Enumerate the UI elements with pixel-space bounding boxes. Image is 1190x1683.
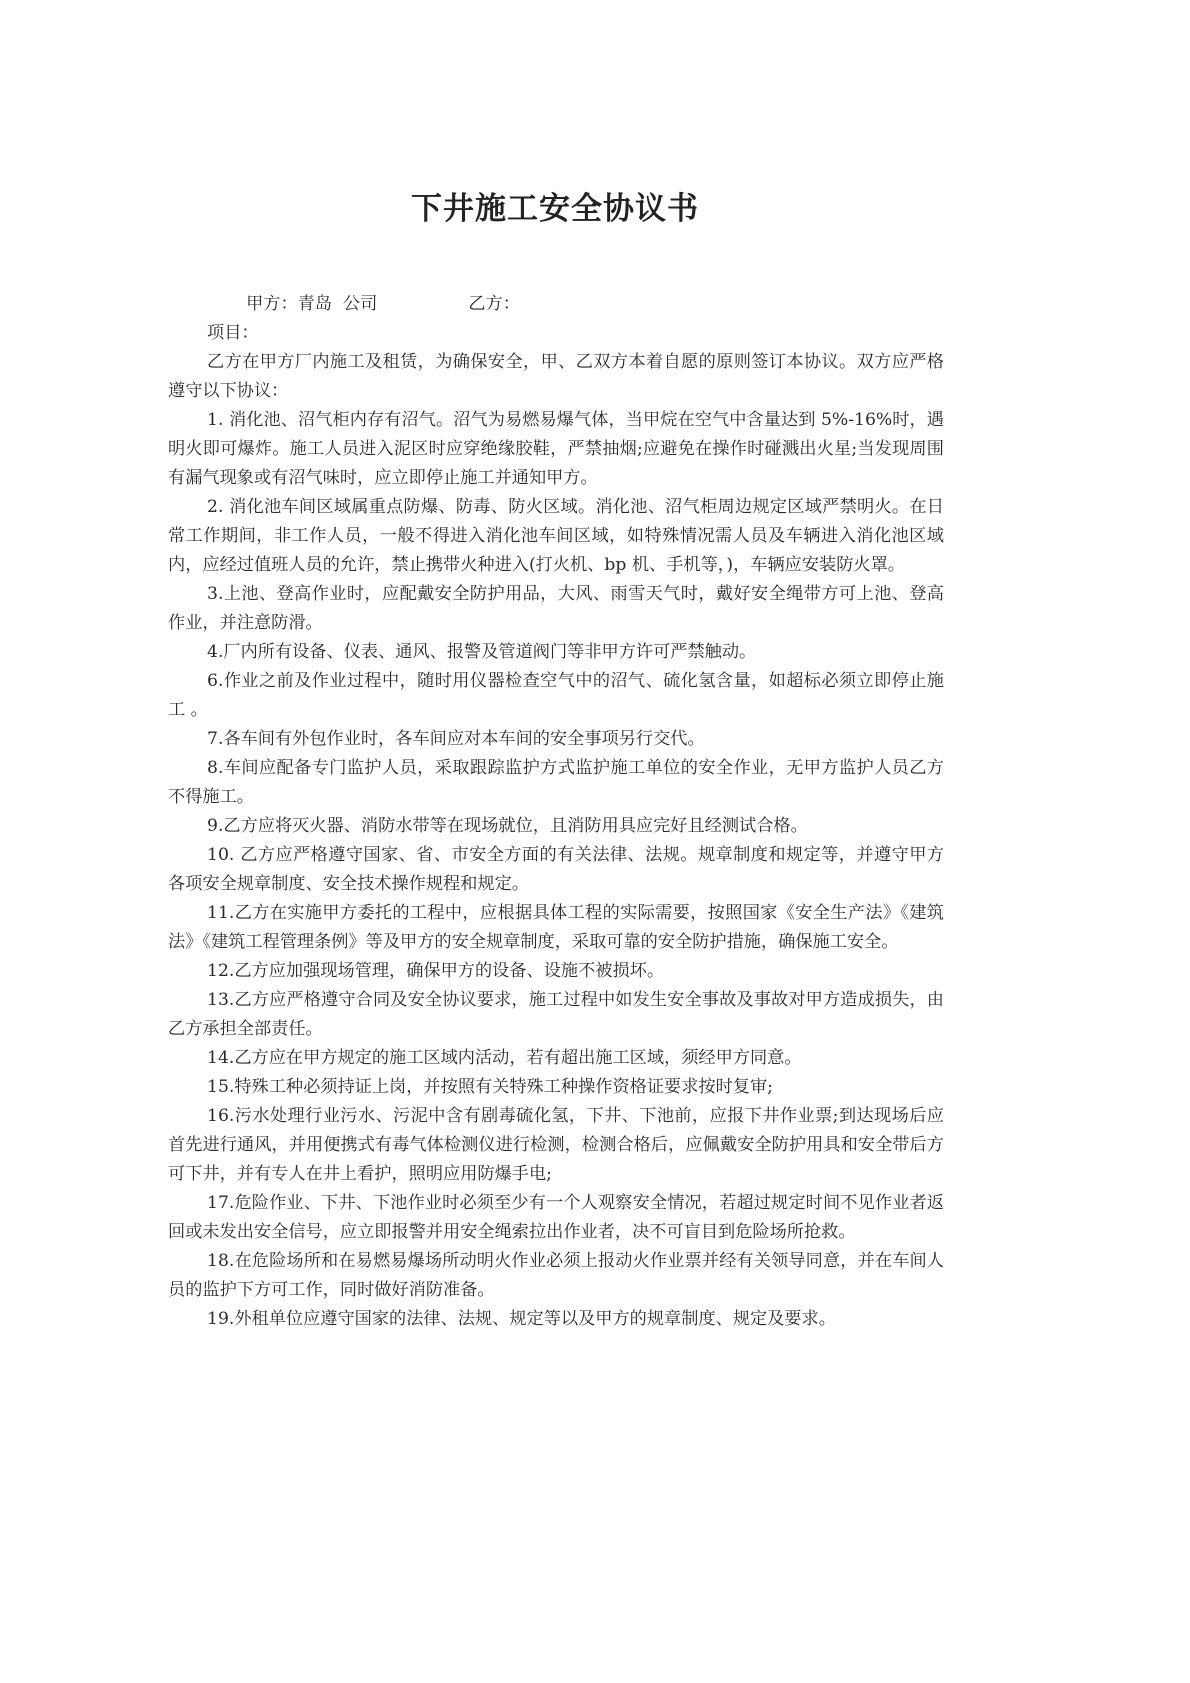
clause-15: 15.特殊工种必须持证上岗，并按照有关特殊工种操作资格证要求按时复审; <box>168 1073 944 1102</box>
parties-line: 甲方：青岛 公司乙方： <box>168 290 944 319</box>
clause-13: 13.乙方应严格遵守合同及安全协议要求，施工过程中如发生安全事故及事故对甲方造成… <box>168 986 944 1044</box>
clause-17: 17.危险作业、下井、下池作业时必须至少有一个人观察安全情况，若超过规定时间不见… <box>168 1189 944 1247</box>
clause-16: 16.污水处理行业污水、污泥中含有剧毒硫化氢，下井、下池前，应报下井作业票;到达… <box>168 1102 944 1189</box>
intro-paragraph: 乙方在甲方厂内施工及租赁，为确保安全，甲、乙双方本着自愿的原则签订本协议。双方应… <box>168 348 944 406</box>
project-line: 项目： <box>168 319 944 348</box>
clause-9: 9.乙方应将灭火器、消防水带等在现场就位，且消防用具应完好且经测试合格。 <box>168 812 944 841</box>
clause-4: 4.厂内所有设备、仪表、通风、报警及管道阀门等非甲方许可严禁触动。 <box>168 638 944 667</box>
document-title: 下井施工安全协议书 <box>0 183 1110 228</box>
clause-12: 12.乙方应加强现场管理，确保甲方的设备、设施不被损坏。 <box>168 957 944 986</box>
clause-1: 1. 消化池、沼气柜内存有沼气。沼气为易燃易爆气体，当甲烷在空气中含量达到 5%… <box>168 406 944 493</box>
clause-14: 14.乙方应在甲方规定的施工区域内活动，若有超出施工区域，须经甲方同意。 <box>168 1044 944 1073</box>
clause-11: 11.乙方在实施甲方委托的工程中，应根据具体工程的实际需要，按照国家《安全生产法… <box>168 899 944 957</box>
clause-10: 10. 乙方应严格遵守国家、省、市安全方面的有关法律、法规。规章制度和规定等，并… <box>168 841 944 899</box>
party-b: 乙方： <box>429 290 520 319</box>
document-page: 下井施工安全协议书 甲方：青岛 公司乙方： 项目： 乙方在甲方厂内施工及租赁，为… <box>0 0 1190 1683</box>
clause-6: 6.作业之前及作业过程中，随时用仪器检查空气中的沼气、硫化氢含量，如超标必须立即… <box>168 667 944 725</box>
document-body: 甲方：青岛 公司乙方： 项目： 乙方在甲方厂内施工及租赁，为确保安全，甲、乙双方… <box>168 290 944 1334</box>
clause-3: 3.上池、登高作业时，应配戴安全防护用品，大风、雨雪天气时，戴好安全绳带方可上池… <box>168 580 944 638</box>
clause-8: 8.车间应配备专门监护人员，采取跟踪监护方式监护施工单位的安全作业，无甲方监护人… <box>168 754 944 812</box>
clause-18: 18.在危险场所和在易燃易爆场所动明火作业必须上报动火作业票并经有关领导同意，并… <box>168 1247 944 1305</box>
clause-7: 7.各车间有外包作业时，各车间应对本车间的安全事项另行交代。 <box>168 725 944 754</box>
party-a: 甲方：青岛 公司 <box>207 290 377 319</box>
clause-19: 19.外租单位应遵守国家的法律、法规、规定等以及甲方的规章制度、规定及要求。 <box>168 1305 944 1334</box>
clause-2: 2. 消化池车间区域属重点防爆、防毒、防火区域。消化池、沼气柜周边规定区域严禁明… <box>168 493 944 580</box>
